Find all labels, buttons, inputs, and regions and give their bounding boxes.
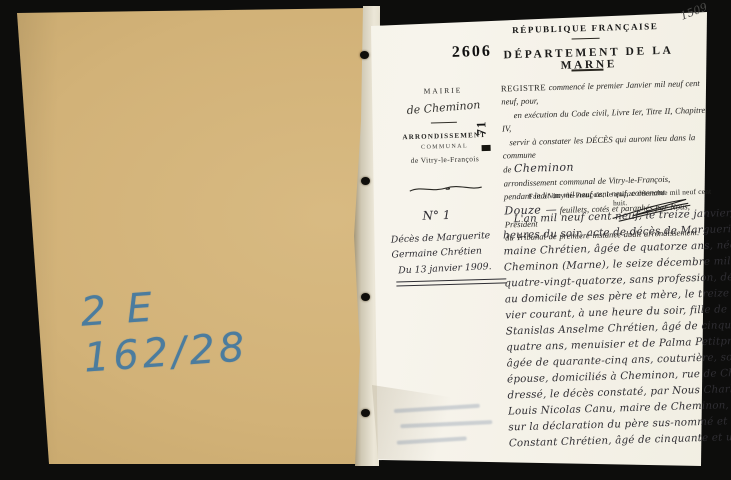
ink-showthrough <box>400 420 492 428</box>
act-number-handwritten: N° 1 <box>422 208 450 223</box>
binding-hole <box>361 293 370 301</box>
registre-word: REGISTRE <box>501 82 546 93</box>
archive-cote-handwritten: 2 E 162/28 <box>79 272 335 381</box>
republic-heading: RÉPUBLIQUE FRANÇAISE <box>490 20 680 35</box>
divider-rule <box>431 122 457 124</box>
commune-name-handwritten: de Cheminon <box>395 97 492 118</box>
margin-double-rule <box>396 278 506 286</box>
ink-showthrough <box>394 404 480 413</box>
flourish-divider <box>408 183 484 195</box>
mairie-label: MAIRIE <box>395 85 491 97</box>
ornament-rule <box>571 69 603 72</box>
act-margin-title-handwritten: Décès de Marguerite Germaine Chrétien Du… <box>391 227 508 278</box>
binding-hole <box>361 409 370 417</box>
register-page-content: 1509 RÉPUBLIQUE FRANÇAISE 2606 DÉPARTEME… <box>375 11 719 466</box>
ornament-rule <box>572 38 600 40</box>
act-body-handwritten: L'an mil neuf cent neuf, le treize janvi… <box>502 206 721 452</box>
ink-showthrough <box>397 436 467 444</box>
binding-hole <box>360 51 369 59</box>
ink-stamp-mark <box>482 145 491 151</box>
arrondissement-name: de Vitry-le-François <box>397 154 493 166</box>
communal-label: COMMUNAL <box>397 143 493 152</box>
folio-annotation-handwritten: 1509 <box>678 0 709 22</box>
archive-scan-photo: 2 E 162/28 1509 RÉPUBLIQUE FRANÇAISE 260… <box>0 0 731 480</box>
commune-handwritten-inline: Cheminon <box>514 161 574 176</box>
folio-count-stamp: 71 <box>473 120 489 135</box>
binding-hole <box>361 177 370 185</box>
